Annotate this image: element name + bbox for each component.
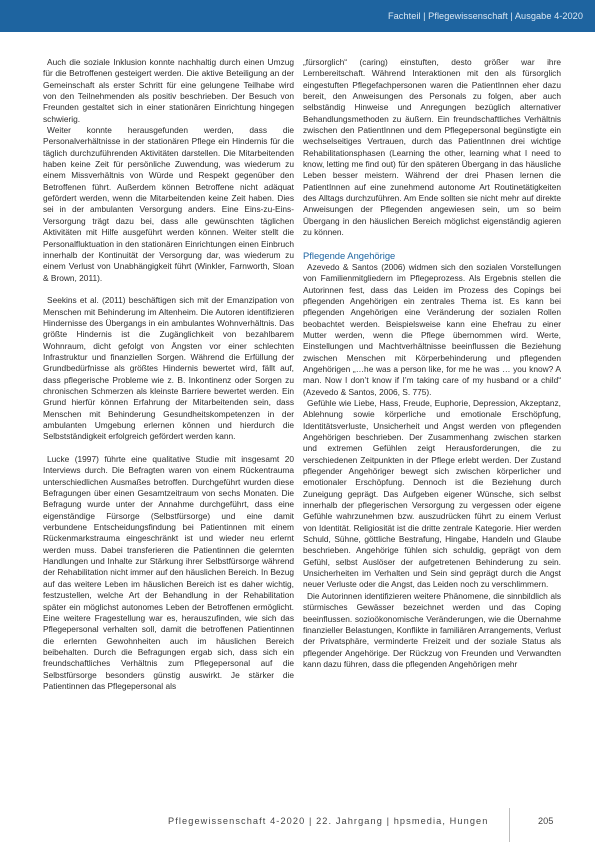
left-text-column: Auch die soziale Inklusion konnte nachha… [43, 57, 294, 692]
body-paragraph: „fürsorglich“ (caring) einstuften, desto… [303, 57, 561, 239]
page-number: 205 [538, 816, 553, 826]
body-paragraph: Die Autorinnen identifizieren weitere Ph… [303, 591, 561, 670]
body-paragraph: Seekins et al. (2011) beschäftigen sich … [43, 295, 294, 442]
right-text-column: „fürsorglich“ (caring) einstuften, desto… [303, 57, 561, 670]
body-paragraph: Gefühle wie Liebe, Hass, Freude, Euphori… [303, 398, 561, 591]
body-paragraph: Azevedo & Santos (2006) widmen sich den … [303, 262, 561, 398]
section-heading: Pflegende Angehörige [303, 250, 561, 262]
journal-header-bar: Fachteil | Pflegewissenschaft | Ausgabe … [0, 0, 595, 32]
footer-divider [509, 808, 510, 842]
body-paragraph: Weiter konnte herausgefunden werden, das… [43, 125, 294, 284]
footer-journal-info: Pflegewissenschaft 4-2020 | 22. Jahrgang… [168, 816, 488, 826]
body-paragraph: Lucke (1997) führte eine qualitative Stu… [43, 454, 294, 692]
running-header-title: Fachteil | Pflegewissenschaft | Ausgabe … [388, 11, 583, 21]
body-paragraph: Auch die soziale Inklusion konnte nachha… [43, 57, 294, 125]
